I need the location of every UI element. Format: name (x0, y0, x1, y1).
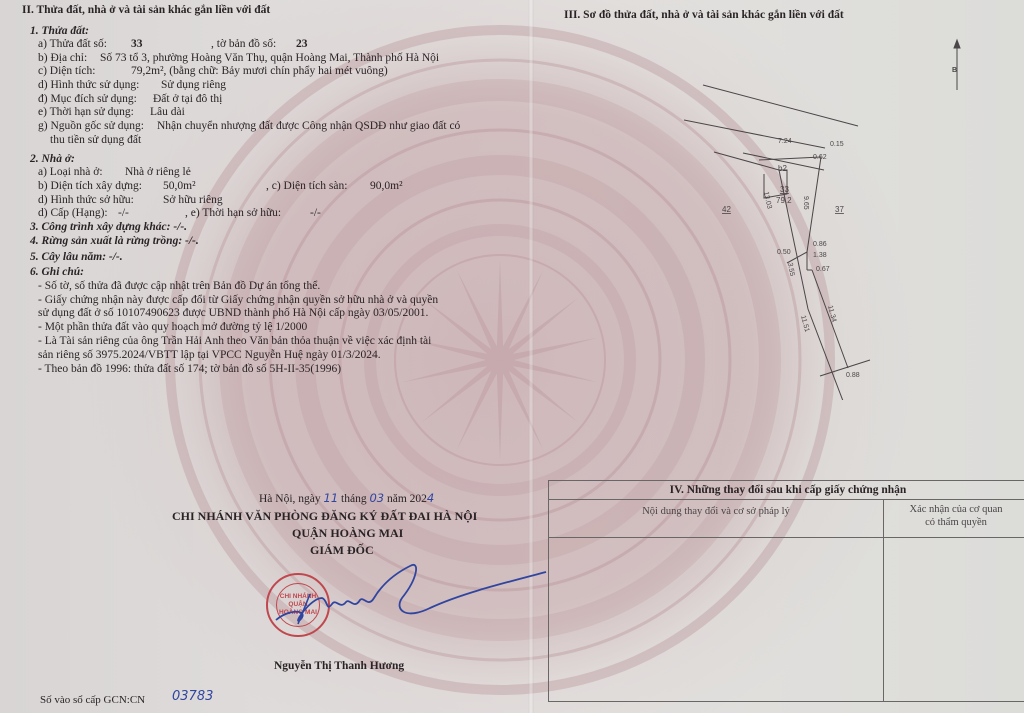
handwritten-signature (270, 558, 550, 628)
floor-area-label: , c) Diện tích sàn: (266, 179, 347, 193)
svg-text:0.15: 0.15 (830, 141, 844, 148)
note-line: sản riêng số 3975.2024/VBTT lập tại VPCC… (38, 348, 381, 362)
svg-text:13.03: 13.03 (762, 191, 773, 210)
use-form-value: Sử dụng riêng (161, 78, 226, 92)
svg-text:b2: b2 (778, 164, 787, 173)
perennial-trees: 5. Cây lâu năm: -/-. (30, 250, 123, 264)
issuing-office: CHI NHÁNH VĂN PHÒNG ĐĂNG KÝ ĐẤT ĐAI HÀ N… (172, 509, 477, 523)
col-change-content: Nội dung thay đổi và cơ sở pháp lý (549, 506, 883, 517)
svg-text:9.65: 9.65 (802, 196, 809, 210)
issuing-district: QUẬN HOÀNG MAI (292, 526, 403, 540)
date-year-digit: 4 (427, 491, 434, 505)
own-term-label: , e) Thời hạn sở hữu: (185, 206, 281, 220)
origin-value-line2: thu tiền sử dụng đất (50, 133, 141, 147)
use-form-label: d) Hình thức sử dụng: (38, 78, 139, 92)
svg-text:33: 33 (780, 185, 789, 194)
date-day: 11 (324, 491, 339, 505)
changes-table-header: Nội dung thay đổi và cơ sở pháp lý Xác n… (549, 500, 1024, 538)
house-type-value: Nhà ở riêng lẻ (125, 165, 191, 179)
parcel-diagram: B 7.24 0.15 0.62 13.03 9.65 0.86 1.38 0.… (680, 20, 1024, 400)
grade-value: -/- (118, 206, 129, 220)
other-construction: 3. Công trình xây dựng khác: -/-. (30, 220, 187, 234)
house-heading: 2. Nhà ở: (30, 152, 75, 166)
col-authority-confirmation: Xác nhận của cơ quan có thẩm quyền (883, 503, 1024, 529)
register-label: Số vào sổ cấp GCN:CN (40, 693, 145, 707)
notes-heading: 6. Ghi chú: (30, 265, 84, 279)
ownership-label: d) Hình thức sở hữu: (38, 193, 134, 207)
date-month-label: tháng (341, 493, 367, 505)
origin-label: g) Nguồn gốc sử dụng: (38, 119, 144, 133)
parcel-number: 33 (131, 37, 143, 51)
section-4-title: IV. Những thay đổi sau khi cấp giấy chứn… (549, 481, 1024, 500)
svg-text:79.2: 79.2 (776, 196, 792, 205)
grade-label: d) Cấp (Hạng): (38, 206, 108, 220)
date-month: 03 (369, 491, 384, 505)
signer-position: GIÁM ĐỐC (310, 543, 374, 557)
note-line: - Theo bản đồ 1996: thửa đất số 174; tờ … (38, 362, 341, 376)
section-2-title: II. Thửa đất, nhà ở và tài sản khác gắn … (22, 3, 270, 17)
forest: 4. Rừng sản xuất là rừng trồng: -/-. (30, 234, 199, 248)
floor-area-value: 90,0m² (370, 179, 403, 193)
svg-text:11.51: 11.51 (799, 315, 810, 333)
svg-text:B: B (952, 67, 957, 74)
address-label: b) Địa chỉ: (38, 51, 87, 65)
origin-value-line1: Nhận chuyển nhượng đất được Công nhận QS… (157, 119, 460, 133)
date-year-label: năm 202 (387, 493, 427, 505)
svg-text:0.88: 0.88 (846, 372, 860, 379)
svg-text:7.24: 7.24 (778, 138, 792, 145)
svg-text:42: 42 (722, 205, 731, 214)
column-divider (883, 500, 884, 701)
svg-text:0.62: 0.62 (813, 154, 827, 161)
own-term-value: -/- (310, 206, 321, 220)
map-sheet-label: , tờ bản đồ số: (211, 37, 276, 51)
svg-text:0.86: 0.86 (813, 241, 827, 248)
area-value: 79,2m², (bằng chữ: Bảy mươi chín phẩy ha… (131, 64, 388, 78)
area-label: c) Diện tích: (38, 64, 95, 78)
address-value: Số 73 tổ 3, phường Hoàng Văn Thụ, quận H… (100, 51, 439, 65)
purpose-label: đ) Mục đích sử dụng: (38, 92, 137, 106)
purpose-value: Đất ở tại đô thị (153, 92, 222, 106)
ownership-value: Sở hữu riêng (163, 193, 223, 207)
svg-text:0.67: 0.67 (816, 266, 830, 273)
date-line: Hà Nội, ngày 11 tháng 03 năm 2024 (259, 491, 434, 506)
map-sheet-number: 23 (296, 37, 308, 51)
svg-text:1.38: 1.38 (813, 252, 827, 259)
parcel-label: a) Thửa đất số: (38, 37, 107, 51)
term-label: e) Thời hạn sử dụng: (38, 105, 134, 119)
note-line: - Một phần thửa đất vào quy hoạch mở đườ… (38, 320, 307, 334)
date-prefix: Hà Nội, ngày (259, 493, 321, 505)
svg-text:3.55: 3.55 (786, 262, 795, 277)
svg-text:0.50: 0.50 (777, 249, 791, 256)
svg-text:37: 37 (835, 205, 844, 214)
built-area-value: 50,0m² (163, 179, 196, 193)
changes-table: IV. Những thay đổi sau khi cấp giấy chứn… (548, 480, 1024, 702)
register-number: 03783 (172, 690, 213, 704)
house-type-label: a) Loại nhà ở: (38, 165, 103, 179)
note-line: sử dụng đất ở số 10107490623 được UBND t… (38, 306, 428, 320)
note-line: - Giấy chứng nhận này được cấp đổi từ Gi… (38, 293, 438, 307)
built-area-label: b) Diện tích xây dựng: (38, 179, 142, 193)
term-value: Lâu dài (150, 105, 185, 119)
land-heading: 1. Thửa đất: (30, 24, 89, 38)
signer-name: Nguyễn Thị Thanh Hương (274, 659, 404, 673)
note-line: - Là Tài sản riêng của ông Trần Hải Anh … (38, 334, 431, 348)
note-line: - Số tờ, số thửa đã được cập nhật trên B… (38, 279, 320, 293)
